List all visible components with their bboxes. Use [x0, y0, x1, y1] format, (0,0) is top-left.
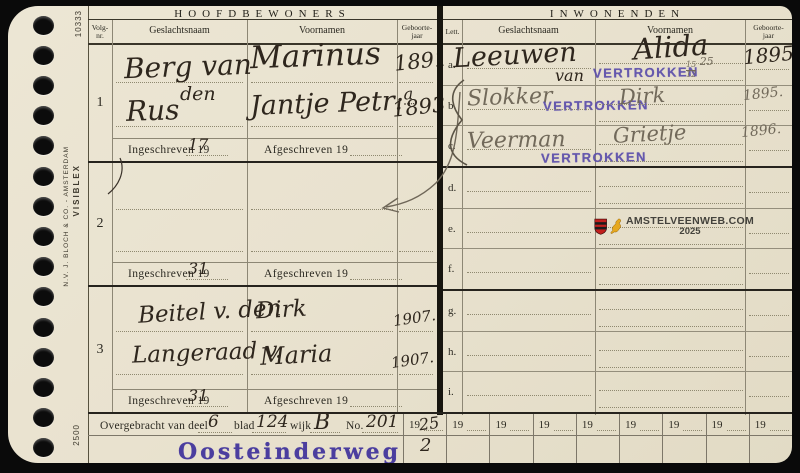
surname-suffix-handwritten: den	[180, 85, 216, 104]
firstname-handwritten: Jantje Petr:a	[250, 86, 414, 120]
dotted-line	[186, 406, 228, 407]
dotted-line	[467, 395, 591, 396]
block-number: 2	[88, 163, 112, 285]
dotted-line	[599, 144, 743, 145]
dotted-line	[252, 432, 286, 433]
empty-cell	[619, 436, 662, 463]
dotted-line	[683, 430, 702, 431]
inwonenden-title: INWONENDEN	[443, 6, 792, 20]
year-cell: 19	[749, 414, 792, 435]
dotted-line	[116, 374, 243, 375]
year-cell: 19	[489, 414, 532, 435]
ingeschreven-year-handwritten: 17	[188, 137, 208, 153]
firstname-handwritten: Dirk	[255, 298, 307, 324]
registration-strip: Ingeschreven 19 31 Afgeschreven 19	[112, 262, 437, 285]
year-cell: 19	[576, 414, 619, 435]
family-block-1: 1 Berg van den Rus Marinus Jantje Petr:a…	[88, 45, 437, 163]
dotted-line	[350, 406, 402, 407]
empty-cell	[706, 436, 749, 463]
surname-suffix-handwritten: van	[555, 68, 584, 84]
lodger-row-i: i.	[443, 372, 792, 412]
dotted-line	[251, 251, 393, 252]
block-number: 1	[88, 45, 112, 161]
stub-serial-top: 10333	[74, 10, 83, 37]
vertrokken-stamp: VERTROKKEN	[541, 150, 647, 166]
dotted-line	[510, 430, 529, 431]
amstelveen-shield-icon	[594, 216, 607, 237]
dotted-line	[399, 82, 433, 83]
blad-value-handwritten: 124	[256, 414, 288, 431]
firstname-handwritten: Maria	[259, 341, 333, 369]
hoofdbewoners-blocks: 1 Berg van den Rus Marinus Jantje Petr:a…	[88, 45, 437, 412]
dotted-line	[599, 367, 743, 368]
row-letter: e.	[448, 223, 456, 235]
dotted-line	[599, 63, 743, 64]
dotted-line	[251, 126, 393, 127]
transfer-label-no: No.	[346, 420, 364, 432]
dotted-line	[198, 432, 232, 433]
dotted-line	[350, 155, 402, 156]
birthyear-handwritten: 1907.	[392, 308, 437, 329]
dotted-line	[467, 149, 591, 150]
dotted-line	[116, 126, 243, 127]
year-cell: 19	[446, 414, 489, 435]
dotted-line	[399, 331, 433, 332]
row-letter: h.	[448, 346, 456, 358]
punch-hole	[33, 167, 54, 186]
dotted-line	[467, 109, 591, 110]
lodger-row-a: a. Leeuwen van VERTROKKEN Alida 1512 25 …	[443, 45, 792, 86]
dotted-line	[749, 273, 789, 274]
year-cell: 19 25	[403, 414, 446, 435]
col-header-lett: Lett.	[443, 20, 462, 43]
empty-cell	[749, 436, 792, 463]
punch-hole	[33, 106, 54, 125]
birthyear-handwritten: 1907.	[390, 350, 435, 371]
dotted-line	[467, 272, 591, 273]
transfer-label-blad: blad	[234, 420, 255, 432]
lodger-row-f: f.	[443, 249, 792, 291]
col-header-geboortejaar: Geboorte- jaar	[397, 20, 437, 43]
dotted-line	[116, 82, 243, 83]
lodger-row-b: b. Slokker VERTROKKEN Dirk 1895.	[443, 86, 792, 127]
site-watermark: AMSTELVEENWEB.COM 2025	[594, 206, 754, 246]
empty-cell	[576, 436, 619, 463]
dotted-line	[554, 430, 573, 431]
punch-hole	[33, 287, 54, 306]
dotted-line	[251, 331, 393, 332]
dotted-line	[399, 126, 433, 127]
punch-hole	[33, 16, 54, 35]
empty-cell	[662, 436, 705, 463]
punch-hole	[33, 76, 54, 95]
row-letter: b.	[448, 100, 456, 112]
dotted-line	[599, 390, 743, 391]
block-number: 3	[88, 287, 112, 412]
ingeschreven-year-handwritten: 31	[188, 261, 208, 277]
row-letter: c.	[448, 140, 456, 152]
card: 10333 VISIBLEX N.V. J. BLOCH & CO. - AMS…	[8, 6, 792, 463]
dotted-line	[399, 209, 433, 210]
dotted-line	[116, 209, 243, 210]
punch-hole	[33, 438, 54, 457]
punch-hole	[33, 46, 54, 65]
dotted-line	[599, 267, 743, 268]
transfer-label-deel: Overgebracht van deel	[100, 420, 208, 432]
dotted-line	[749, 192, 789, 193]
birthyear-handwritten: 1896.	[740, 122, 781, 140]
firstname-handwritten: Marinus	[249, 39, 381, 75]
row-letter: g.	[448, 305, 456, 317]
year-value-handwritten: 25	[418, 415, 440, 434]
col-header-volgnr: Volg- nr.	[88, 20, 112, 43]
col-header-geslachtsnaam: Geslachtsnaam	[112, 20, 247, 43]
year-cell: 19	[706, 414, 749, 435]
dotted-line	[599, 326, 743, 327]
dotted-line	[251, 209, 393, 210]
punch-hole	[33, 136, 54, 155]
birthyear-handwritten: 1895	[742, 43, 792, 67]
dotted-line	[640, 430, 659, 431]
dotted-line	[467, 232, 591, 233]
dotted-line	[310, 432, 340, 433]
ingeschreven-year-handwritten: 31	[188, 388, 208, 404]
dotted-line	[597, 430, 616, 431]
dotted-line	[599, 161, 743, 162]
afgeschreven-label: Afgeschreven 19	[264, 268, 348, 280]
dotted-line	[467, 355, 591, 356]
dotted-line	[749, 233, 789, 234]
registration-strip: Ingeschreven 19 17 Afgeschreven 19	[112, 138, 437, 161]
dotted-line	[749, 110, 789, 111]
surname-handwritten: Berg van	[124, 51, 253, 83]
dotted-line	[251, 374, 393, 375]
dotted-line	[116, 251, 243, 252]
stub-serial-bottom: 2500	[72, 424, 81, 446]
dotted-line	[599, 350, 743, 351]
departure-date-handwritten: 1512 25	[686, 56, 714, 80]
dotted-line	[399, 374, 433, 375]
punch-hole	[33, 257, 54, 276]
afgeschreven-label: Afgeschreven 19	[264, 144, 348, 156]
dotted-line	[599, 203, 743, 204]
dotted-line	[467, 430, 486, 431]
dotted-line	[350, 279, 402, 280]
dotted-line	[467, 191, 591, 192]
surname-handwritten: Rus	[126, 96, 180, 126]
dotted-line	[251, 82, 393, 83]
empty-cell	[446, 436, 489, 463]
lodger-row-g: g.	[443, 291, 792, 332]
hoofdbewoners-table: HOOFDBEWONERS Volg- nr. Geslachtsnaam Vo…	[88, 6, 437, 412]
dotted-line	[116, 331, 243, 332]
dotted-line	[599, 104, 743, 105]
transfer-row: Overgebracht van deel 6 blad 124 wijk B …	[88, 412, 792, 436]
dotted-line	[599, 309, 743, 310]
empty-cell	[489, 436, 532, 463]
punch-hole	[33, 348, 54, 367]
surname-handwritten: Slokker	[467, 85, 553, 110]
lodger-row-h: h.	[443, 332, 792, 373]
stub-brand: VISIBLEX	[72, 164, 81, 216]
punch-hole	[33, 197, 54, 216]
birthyear-handwritten: 1895.	[742, 85, 783, 103]
dotted-line	[399, 251, 433, 252]
row-letter: d.	[448, 182, 456, 194]
dotted-line	[599, 80, 743, 81]
family-block-2: 2 Ingeschreven 19 31 Afgeschreven 19	[88, 163, 437, 287]
deel-value-handwritten: 6	[208, 414, 219, 431]
count-cell: 2	[403, 436, 446, 463]
dotted-line	[749, 315, 789, 316]
dotted-line	[467, 68, 591, 69]
watermark-text: AMSTELVEENWEB.COM 2025	[626, 215, 754, 238]
dotted-line	[186, 155, 228, 156]
hoofdbewoners-title: HOOFDBEWONERS	[88, 6, 437, 20]
punch-hole	[33, 227, 54, 246]
register-card-scan: 10333 VISIBLEX N.V. J. BLOCH & CO. - AMS…	[0, 0, 800, 473]
row-letter: f.	[448, 263, 454, 275]
dotted-line	[599, 186, 743, 187]
count-value-handwritten: 2	[420, 437, 431, 455]
lion-icon	[610, 215, 623, 237]
dotted-line	[467, 314, 591, 315]
dotted-line	[362, 432, 398, 433]
dotted-line	[749, 396, 789, 397]
empty-cell	[533, 436, 576, 463]
dotted-line	[749, 69, 789, 70]
col-header-geboortejaar: Geboorte- jaar	[745, 20, 792, 43]
year-cell: 19	[619, 414, 662, 435]
dotted-line	[749, 150, 789, 151]
dotted-line	[599, 407, 743, 408]
punch-hole	[33, 318, 54, 337]
transfer-cell: Overgebracht van deel 6 blad 124 wijk B …	[88, 414, 403, 435]
punch-hole	[33, 378, 54, 397]
lodger-row-c: c. Veerman VERTROKKEN Grietje 1896.	[443, 126, 792, 168]
street-stamp: Oosteinderweg	[178, 439, 388, 463]
dotted-line	[727, 430, 746, 431]
no-value-handwritten: 201	[366, 414, 398, 431]
street-cell: Oosteinderweg	[88, 436, 403, 463]
transfer-label-wijk: wijk	[290, 420, 311, 432]
dotted-line	[599, 284, 743, 285]
vertrokken-stamp: VERTROKKEN	[593, 64, 699, 80]
row-letter: i.	[448, 386, 454, 398]
family-block-3: 3 Beitel v. den Dirk Langeraad v. Maria …	[88, 287, 437, 412]
wijk-value-handwritten: B	[314, 412, 330, 434]
punch-hole	[33, 408, 54, 427]
lodger-row-d: d.	[443, 168, 792, 209]
year-cell: 19	[533, 414, 576, 435]
afgeschreven-label: Afgeschreven 19	[264, 395, 348, 407]
registration-strip: Ingeschreven 19 31 Afgeschreven 19	[112, 389, 437, 412]
dotted-line	[186, 279, 228, 280]
street-row: Oosteinderweg 2	[88, 436, 792, 463]
year-cell: 19	[662, 414, 705, 435]
stub-brand-sub: N.V. J. BLOCH & CO. - AMSTERDAM	[63, 146, 70, 287]
dotted-line	[749, 356, 789, 357]
dotted-line	[770, 430, 789, 431]
